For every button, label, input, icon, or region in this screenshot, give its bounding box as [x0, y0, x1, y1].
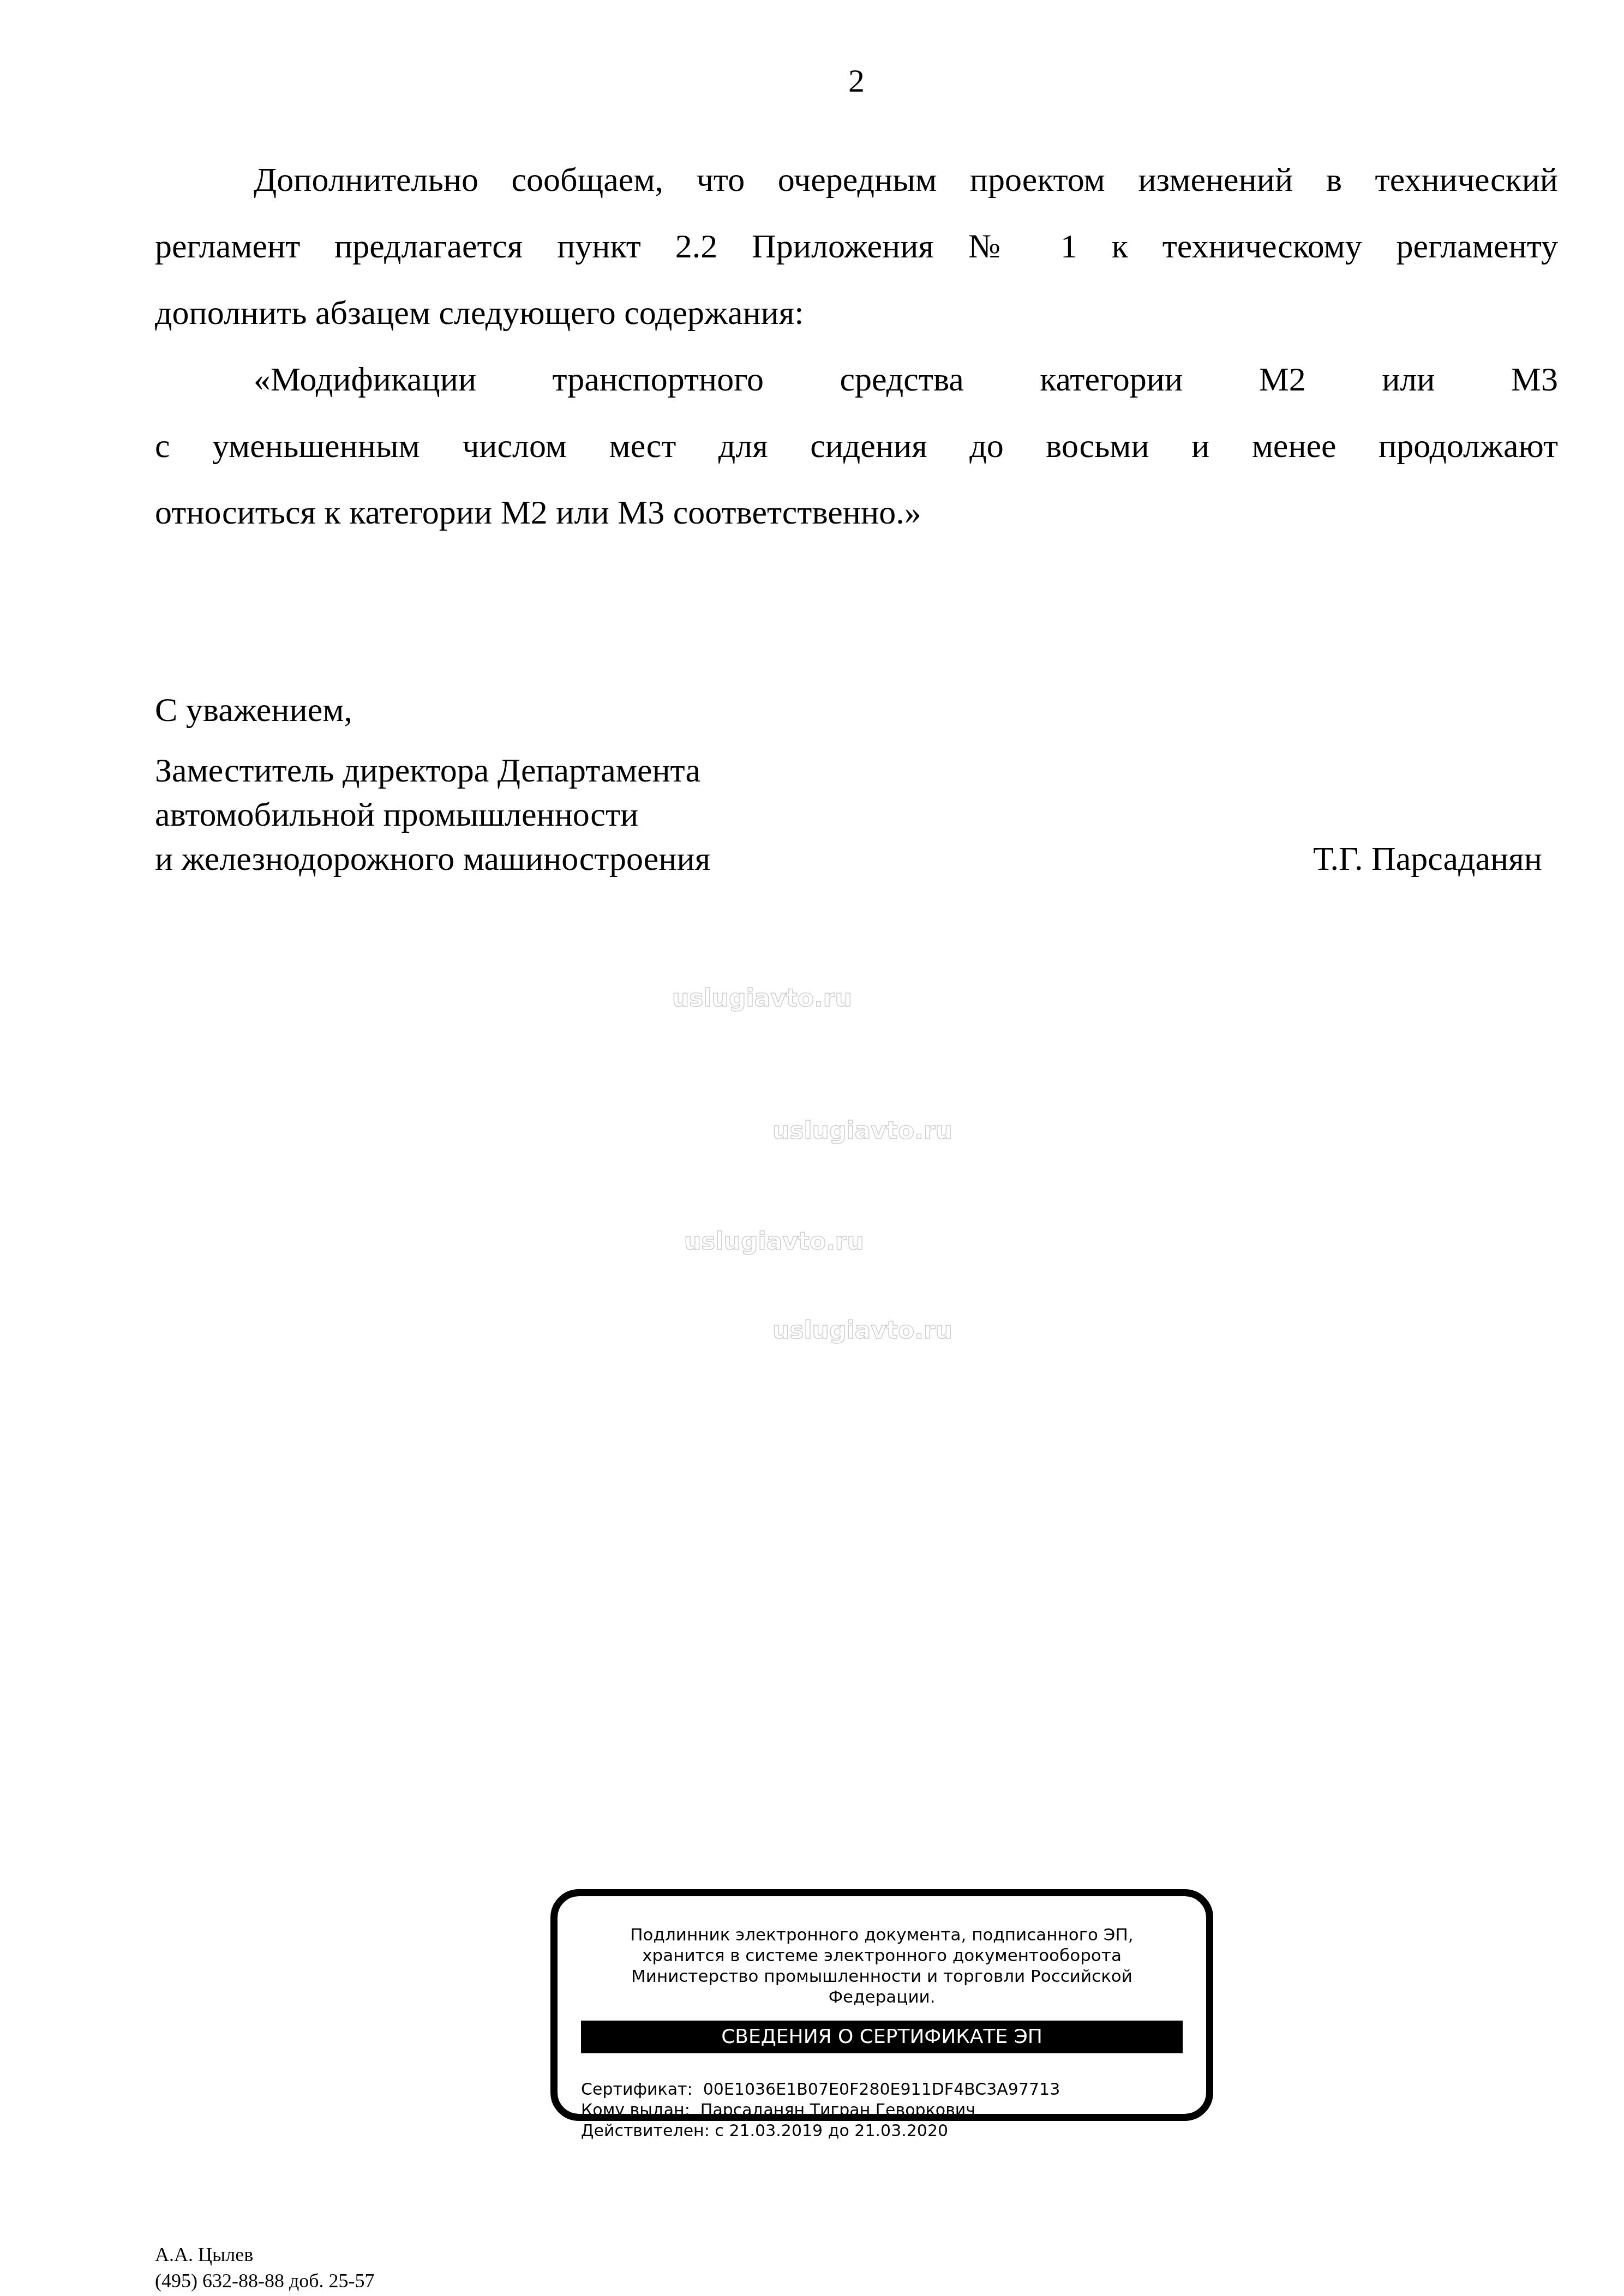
signer-position-line: автомобильной промышленности [155, 795, 638, 834]
executor-phone: (495) 632-88-88 доб. 25-57 [155, 2269, 375, 2293]
signer-name: Т.Г. Парсаданян [1313, 839, 1542, 879]
signer-position-line: и железнодорожного машиностроения [155, 839, 710, 879]
signer-position-line: Заместитель директора Департамента [155, 751, 700, 790]
stamp-intro-line: Министерство промышленности и торговли Р… [558, 1966, 1206, 1987]
e-signature-stamp: Подлинник электронного документа, подпис… [550, 1889, 1213, 2121]
certificate-validity: Действителен: с 21.03.2019 до 21.03.2020 [581, 2121, 1060, 2142]
watermark: uslugiavto.ru [772, 1117, 952, 1145]
stamp-intro-line: Подлинник электронного документа, подпис… [558, 1925, 1206, 1945]
quote-line: с уменьшенным числом мест для сидения до… [155, 426, 1558, 466]
watermark: uslugiavto.ru [772, 1317, 952, 1344]
body-line: Дополнительно сообщаем, что очередным пр… [155, 160, 1558, 200]
body-line: регламент предлагается пункт 2.2 Приложе… [155, 227, 1558, 266]
quote-line: относиться к категории М2 или М3 соответ… [155, 493, 1558, 532]
stamp-intro-line: Федерации. [558, 1987, 1206, 2008]
page-number: 2 [0, 61, 1624, 100]
body-line: дополнить абзацем следующего содержания: [155, 293, 1558, 333]
certificate-details: Сертификат: 00E1036E1B07E0F280E911DF4BC3… [581, 2079, 1060, 2142]
executor-name: А.А. Цылев [155, 2243, 253, 2267]
watermark: uslugiavto.ru [672, 984, 852, 1012]
watermark: uslugiavto.ru [684, 1228, 864, 1255]
certificate-owner: Кому выдан: Парсаданян Тигран Геворкович [581, 2100, 1060, 2121]
quote-line: «Модификации транспортного средства кате… [155, 360, 1558, 399]
stamp-intro-line: хранится в системе электронного документ… [558, 1945, 1206, 1966]
certificate-info-header: СВЕДЕНИЯ О СЕРТИФИКАТЕ ЭП [581, 2021, 1183, 2053]
certificate-serial: Сертификат: 00E1036E1B07E0F280E911DF4BC3… [581, 2079, 1060, 2100]
closing-salutation: С уважением, [155, 690, 352, 730]
stamp-intro: Подлинник электронного документа, подпис… [558, 1925, 1206, 2008]
